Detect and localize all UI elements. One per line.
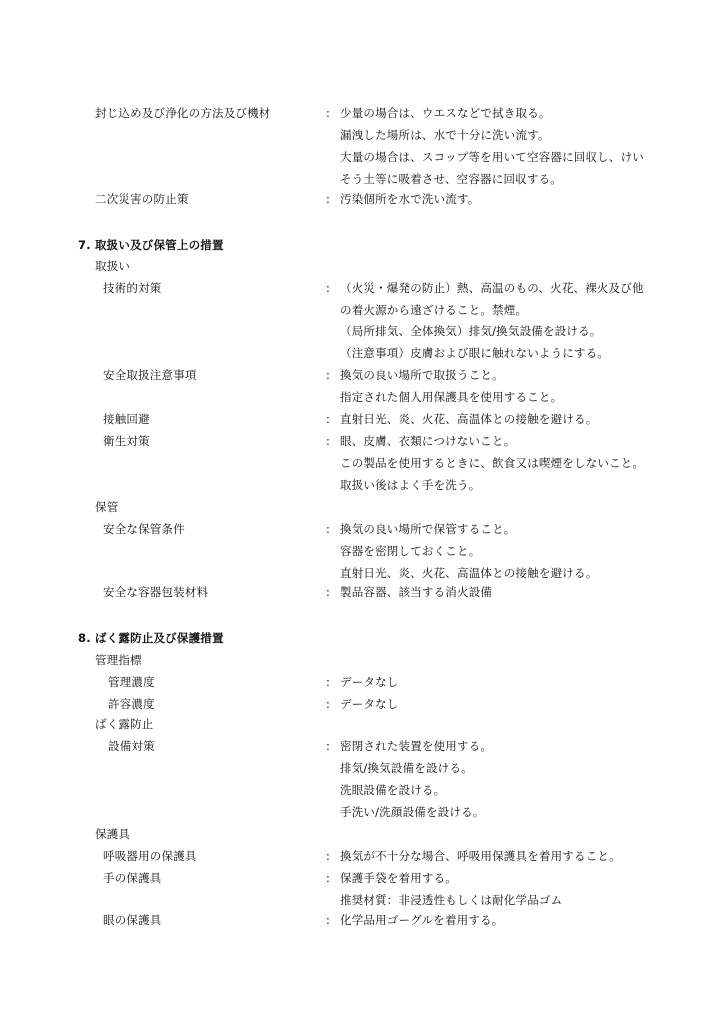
row-value: そう土等に吸着させ、空容器に回収する。 — [340, 168, 562, 190]
row-value: （注意事項）皮膚および眼に触れないようにする。 — [340, 342, 609, 364]
subsection-exposure-prevention: ばく露防止 — [95, 713, 154, 735]
row-value: 手洗い/洗顔設備を設ける。 — [340, 801, 484, 823]
section-8-heading: 8. ばく露防止及び保護措置 — [78, 627, 224, 649]
subsection-ppe: 保護具 — [95, 823, 130, 845]
colon: : — [326, 845, 330, 867]
colon: : — [326, 364, 330, 386]
colon: : — [326, 430, 330, 452]
colon: : — [326, 867, 330, 889]
row-label-secondary-hazard: 二次災害の防止策 — [95, 188, 189, 210]
row-label-hand-protection: 手の保護具 — [103, 867, 162, 889]
colon: : — [326, 518, 330, 540]
row-value: 製品容器、該当する消火設備 — [340, 581, 492, 603]
colon: : — [326, 102, 330, 124]
row-value: 化学品用ゴーグルを着用する。 — [340, 909, 503, 931]
row-value: （局所排気、全体換気）排気/換気設備を設ける。 — [340, 320, 601, 342]
row-value: 指定された個人用保護具を使用すること。 — [340, 386, 562, 408]
row-label-hygiene: 衛生対策 — [103, 430, 150, 452]
row-value: 洗眼設備を設ける。 — [340, 779, 445, 801]
row-value: 換気の良い場所で保管すること。 — [340, 518, 516, 540]
row-value: データなし — [340, 671, 399, 693]
row-value: 容器を密閉しておくこと。 — [340, 540, 480, 562]
row-value: 少量の場合は、ウエスなどで拭き取る。 — [340, 102, 551, 124]
colon: : — [326, 909, 330, 931]
row-value: 大量の場合は、スコップ等を用いて空容器に回収し、けい — [340, 146, 644, 168]
colon: : — [326, 693, 330, 715]
row-label-engineering-controls: 設備対策 — [108, 735, 155, 757]
row-value: この製品を使用するときに、飲食又は喫煙をしないこと。 — [340, 452, 644, 474]
subsection-storage: 保管 — [95, 496, 118, 518]
row-value: データなし — [340, 693, 399, 715]
row-value: 眼、皮膚、衣類につけないこと。 — [340, 430, 515, 452]
section-7-heading: 7. 取扱い及び保管上の措置 — [78, 234, 224, 256]
row-value: 排気/換気設備を設ける。 — [340, 757, 473, 779]
row-label-safe-storage: 安全な保管条件 — [103, 518, 185, 540]
row-label-contact-avoidance: 接触回避 — [103, 408, 150, 430]
colon: : — [326, 277, 330, 299]
row-value: 漏洩した場所は、水で十分に洗い流す。 — [340, 124, 550, 146]
sds-page: 封じ込め及び浄化の方法及び機材 : 少量の場合は、ウエスなどで拭き取る。 漏洩し… — [0, 0, 723, 1024]
row-value: 換気が不十分な場合、呼吸用保護具を着用すること。 — [340, 845, 621, 867]
row-label-permissible-concentration: 許容濃度 — [108, 693, 155, 715]
subsection-control-parameters: 管理指標 — [95, 649, 142, 671]
row-label-safe-handling: 安全取扱注意事項 — [103, 364, 197, 386]
subsection-handling: 取扱い — [95, 255, 130, 277]
row-label-respiratory-protection: 呼吸器用の保護具 — [103, 845, 197, 867]
colon: : — [326, 408, 330, 430]
row-label-eye-protection: 眼の保護具 — [103, 909, 162, 931]
row-value: （火災・爆発の防止）熱、高温のもの、火花、裸火及び他 — [340, 277, 644, 299]
row-value: 直射日光、炎、火花、高温体との接触を避ける。 — [340, 408, 597, 430]
colon: : — [326, 671, 330, 693]
row-label-containment: 封じ込め及び浄化の方法及び機材 — [95, 102, 271, 124]
row-value: 推奨材質：非浸透性もしくは耐化学品ゴム — [340, 889, 562, 911]
row-label-technical-measures: 技術的対策 — [103, 277, 162, 299]
row-value: 取扱い後はよく手を洗う。 — [340, 474, 480, 496]
row-label-control-concentration: 管理濃度 — [108, 671, 155, 693]
colon: : — [326, 581, 330, 603]
row-value: 保護手袋を着用する。 — [340, 867, 457, 889]
colon: : — [326, 188, 330, 210]
row-label-container-material: 安全な容器包装材料 — [103, 581, 208, 603]
row-value: 汚染個所を水で洗い流す。 — [340, 188, 479, 210]
row-value: の着火源から遠ざけること。禁煙。 — [340, 299, 527, 321]
colon: : — [326, 735, 330, 757]
row-value: 換気の良い場所で取扱うこと。 — [340, 364, 504, 386]
row-value: 密閉された装置を使用する。 — [340, 735, 492, 757]
